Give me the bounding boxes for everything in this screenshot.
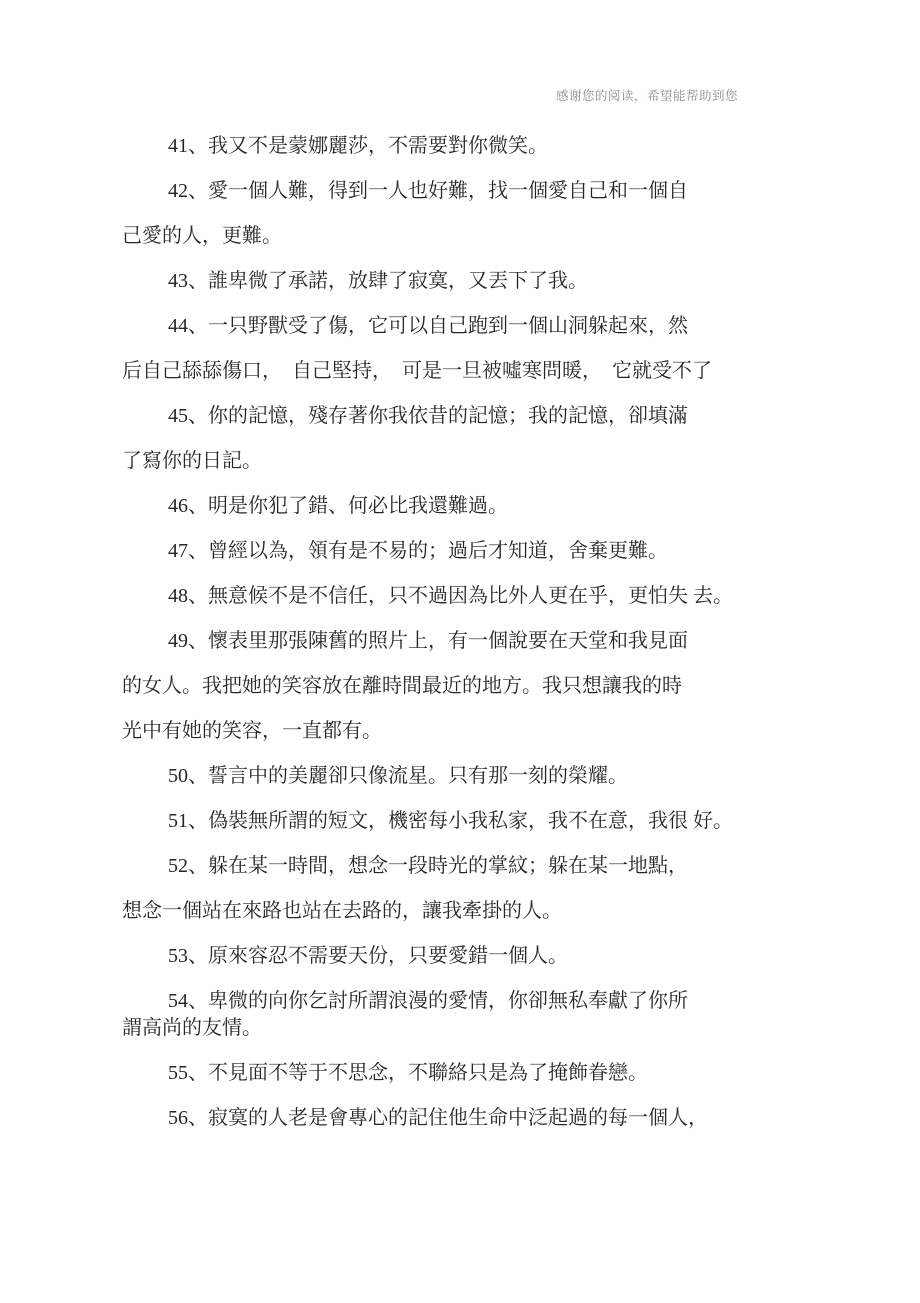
quotes-list: 41、我又不是蒙娜麗莎，不需要對你微笑。 42、愛一個人難，得到一人也好難，找一…: [0, 0, 920, 1141]
quote-paragraph-41: 41、我又不是蒙娜麗莎，不需要對你微笑。: [122, 124, 790, 169]
quote-paragraph-50: 50、誓言中的美麗卻只像流星。只有那一刻的榮耀。: [122, 754, 790, 799]
quote-paragraph-43: 43、誰卑微了承諾，放肆了寂寞，又丟下了我。: [122, 259, 790, 304]
quote-paragraph-48: 48、無意候不是不信任，只不過因為比外人更在乎，更怕失 去。: [122, 574, 790, 619]
quote-paragraph-55: 55、不見面不等于不思念，不聯絡只是為了掩飾眷戀。: [122, 1051, 790, 1096]
quote-paragraph-42: 42、愛一個人難，得到一人也好難，找一個愛自己和一個自 己愛的人，更難。: [122, 169, 790, 259]
quote-paragraph-51: 51、偽裝無所謂的短文，機密每小我私家，我不在意，我很 好。: [122, 799, 790, 844]
quote-paragraph-46: 46、明是你犯了錯、何必比我還難過。: [122, 484, 790, 529]
quote-paragraph-56: 56、寂寞的人老是會專心的記住他生命中泛起過的每一個人，: [122, 1096, 790, 1141]
quote-paragraph-52: 52、躲在某一時間，想念一段時光的掌紋；躲在某一地點， 想念一個站在來路也站在去…: [122, 844, 790, 934]
quote-paragraph-53: 53、原來容忍不需要天份，只要愛錯一個人。: [122, 934, 790, 979]
quote-paragraph-44: 44、一只野獸受了傷，它可以自己跑到一個山洞躲起來，然 后自己舔舔傷口， 自己堅…: [122, 304, 790, 394]
header-reading-note: 感谢您的阅读，希望能帮助到您: [556, 86, 738, 104]
quote-paragraph-49: 49、懷表里那張陳舊的照片上，有一個說要在天堂和我見面 的女人。我把她的笑容放在…: [122, 619, 790, 754]
quote-paragraph-45: 45、你的記憶，殘存著你我依昔的記憶；我的記憶，卻填滿 了寫你的日記。: [122, 394, 790, 484]
quote-paragraph-47: 47、曾經以為，領有是不易的；過后才知道，舍棄更難。: [122, 529, 790, 574]
quote-paragraph-54: 54、卑微的向你乞討所謂浪漫的愛情，你卻無私奉獻了你所 謂高尚的友情。: [122, 988, 790, 1042]
document-page: 感谢您的阅读，希望能帮助到您 41、我又不是蒙娜麗莎，不需要對你微笑。 42、愛…: [0, 0, 920, 1303]
